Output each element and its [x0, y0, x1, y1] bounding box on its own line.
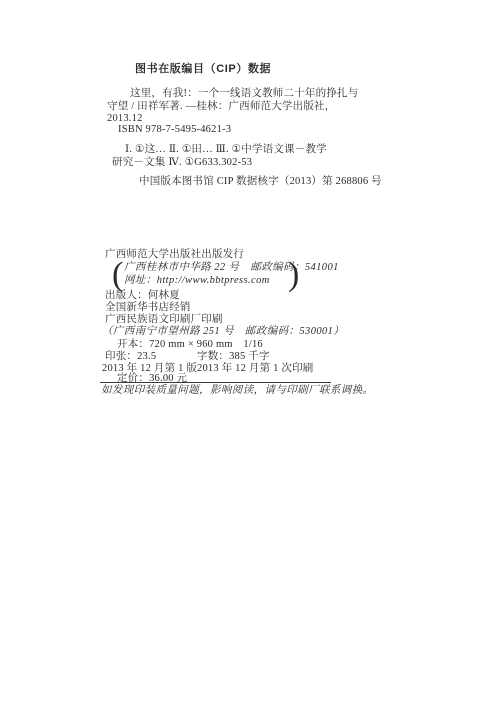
publisher-address: 广西桂林市中华路 22 号 邮政编码：541001 [124, 261, 339, 274]
cip-class-line1: Ⅰ. ①这… Ⅱ. ①田… Ⅲ. ①中学语文课－教学 [125, 143, 327, 156]
copyright-page: 图书在版编目（CIP）数据 这里，有我!：一个一线语文教师二十年的挣扎与 守望 … [0, 0, 500, 707]
divider-rule [100, 382, 331, 383]
cip-class-line2: 研究－文集 Ⅳ. ①G633.302-53 [112, 156, 252, 169]
publisher-line: 广西师范大学出版社出版发行 [105, 248, 244, 261]
printer-address: （广西南宁市望州路 251 号 邮政编码：530001） [102, 325, 344, 338]
printing-line: 2013 年 12 月第 1 次印刷 [197, 362, 313, 375]
publisher-website: 网址：http://www.bbtpress.com [124, 274, 270, 287]
left-parenthesis: ( [112, 258, 123, 292]
quality-note: 如发现印装质量问题，影响阅读，请与印刷厂联系调换。 [101, 384, 374, 397]
cip-isbn: ISBN 978-7-5495-4621-3 [118, 123, 231, 136]
cip-registry: 中国版本图书馆 CIP 数据核字（2013）第 268806 号 [139, 175, 382, 188]
cip-title-line1: 这里，有我!：一个一线语文教师二十年的挣扎与 [130, 87, 358, 100]
cip-header: 图书在版编目（CIP）数据 [135, 63, 271, 76]
